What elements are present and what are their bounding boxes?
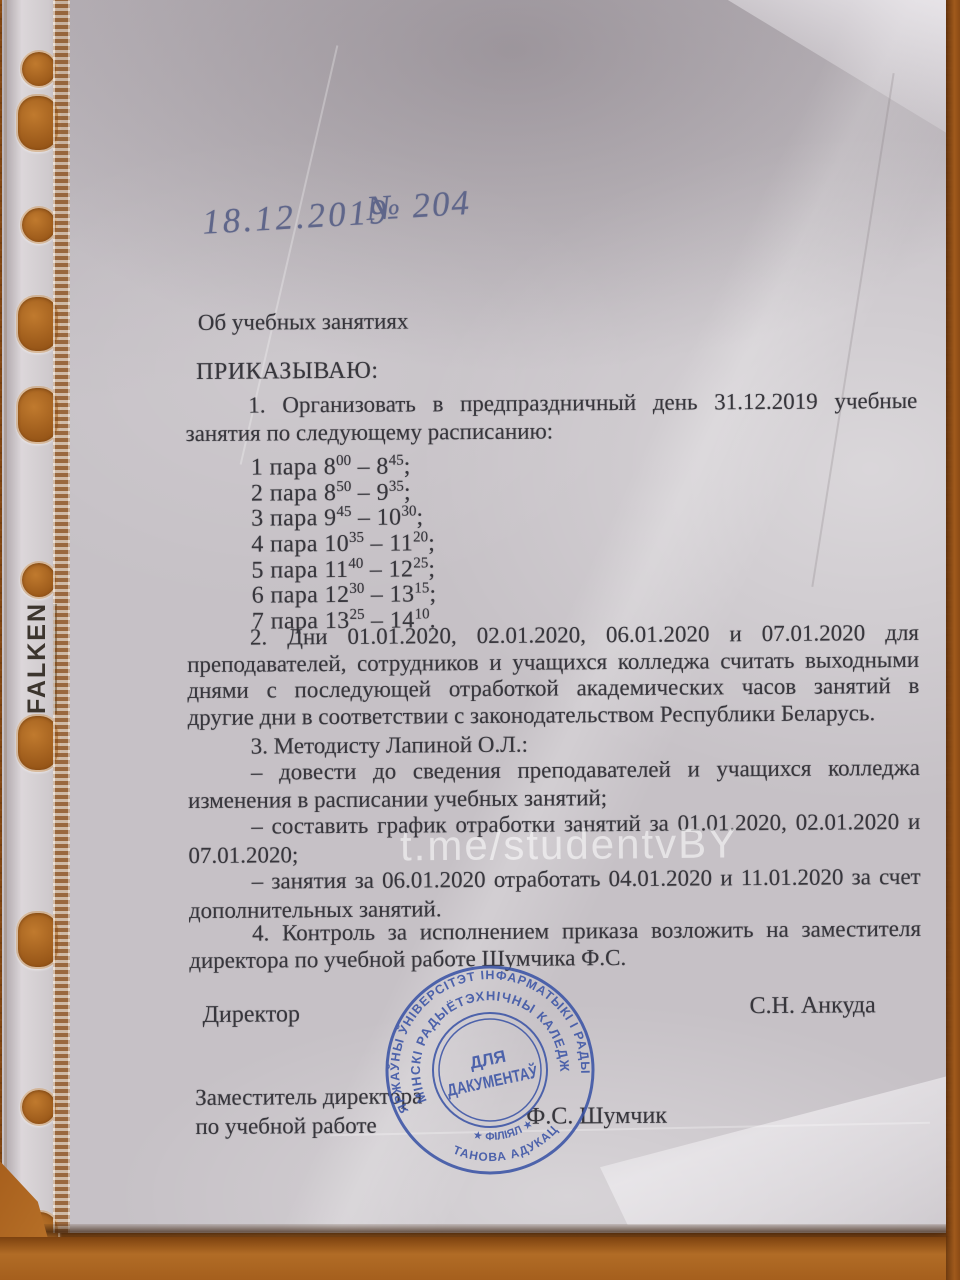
doc-subject: Об учебных занятиях: [198, 308, 409, 335]
schedule-row: 6 пара 1230 – 1315;: [252, 575, 652, 603]
handwritten-registration: 18.12.2019 № 204: [201, 183, 543, 243]
schedule-row: 5 пара 1140 – 1225;: [251, 550, 651, 578]
doc-line: 1. Организовать в предпраздничный день 3…: [185, 387, 917, 420]
deputy-role-line2: по учебной работе: [195, 1113, 376, 1140]
handwritten-number: № 204: [366, 183, 472, 229]
schedule-row: 4 пара 1035 – 1120;: [251, 524, 651, 552]
doc-line: – довести до сведения преподавателей и у…: [188, 754, 920, 787]
wood-desk-bottom: [0, 1237, 960, 1280]
doc-paragraph-2: 2. Дни 01.01.2020, 02.01.2020, 06.01.202…: [187, 620, 920, 731]
schedule-row: 1 пара 800 – 845;: [251, 447, 651, 475]
director-name: С.Н. Анкуда: [749, 992, 875, 1020]
doc-paragraph-1: 1. Организовать в предпраздничный день 3…: [185, 387, 917, 448]
wood-desk-right: [946, 0, 960, 1280]
telegram-watermark: t.me/studentvBY: [400, 818, 940, 871]
director-role: Директор: [203, 1001, 301, 1029]
schedule-row: 2 пара 850 – 935;: [251, 472, 651, 500]
doc-paragraph-3-item-1: – довести до сведения преподавателей и у…: [188, 754, 920, 815]
lesson-schedule-list: 1 пара 800 – 845;2 пара 850 – 935;3 пара…: [251, 447, 652, 630]
schedule-row: 3 пара 945 – 1030;: [251, 498, 651, 526]
doc-line: другие дни в соответствии с законодатель…: [187, 700, 919, 732]
sleeve-bottom-edge: [2, 1224, 946, 1238]
handwritten-date: 18.12.2019: [201, 192, 390, 242]
doc-line: занятия по следующему расписанию:: [185, 415, 917, 448]
round-ink-stamp: БЕЛАРУСКІ ДЗЯРЖАЎНЫ ЎНІВЕРСІТЭТ ІНФАРМАТ…: [345, 925, 634, 1214]
doc-decree-word: ПРИКАЗЫВАЮ:: [196, 358, 379, 386]
photo-of-document: FALKEN 18.12.2019 № 204 Об учебных занят…: [0, 0, 960, 1280]
